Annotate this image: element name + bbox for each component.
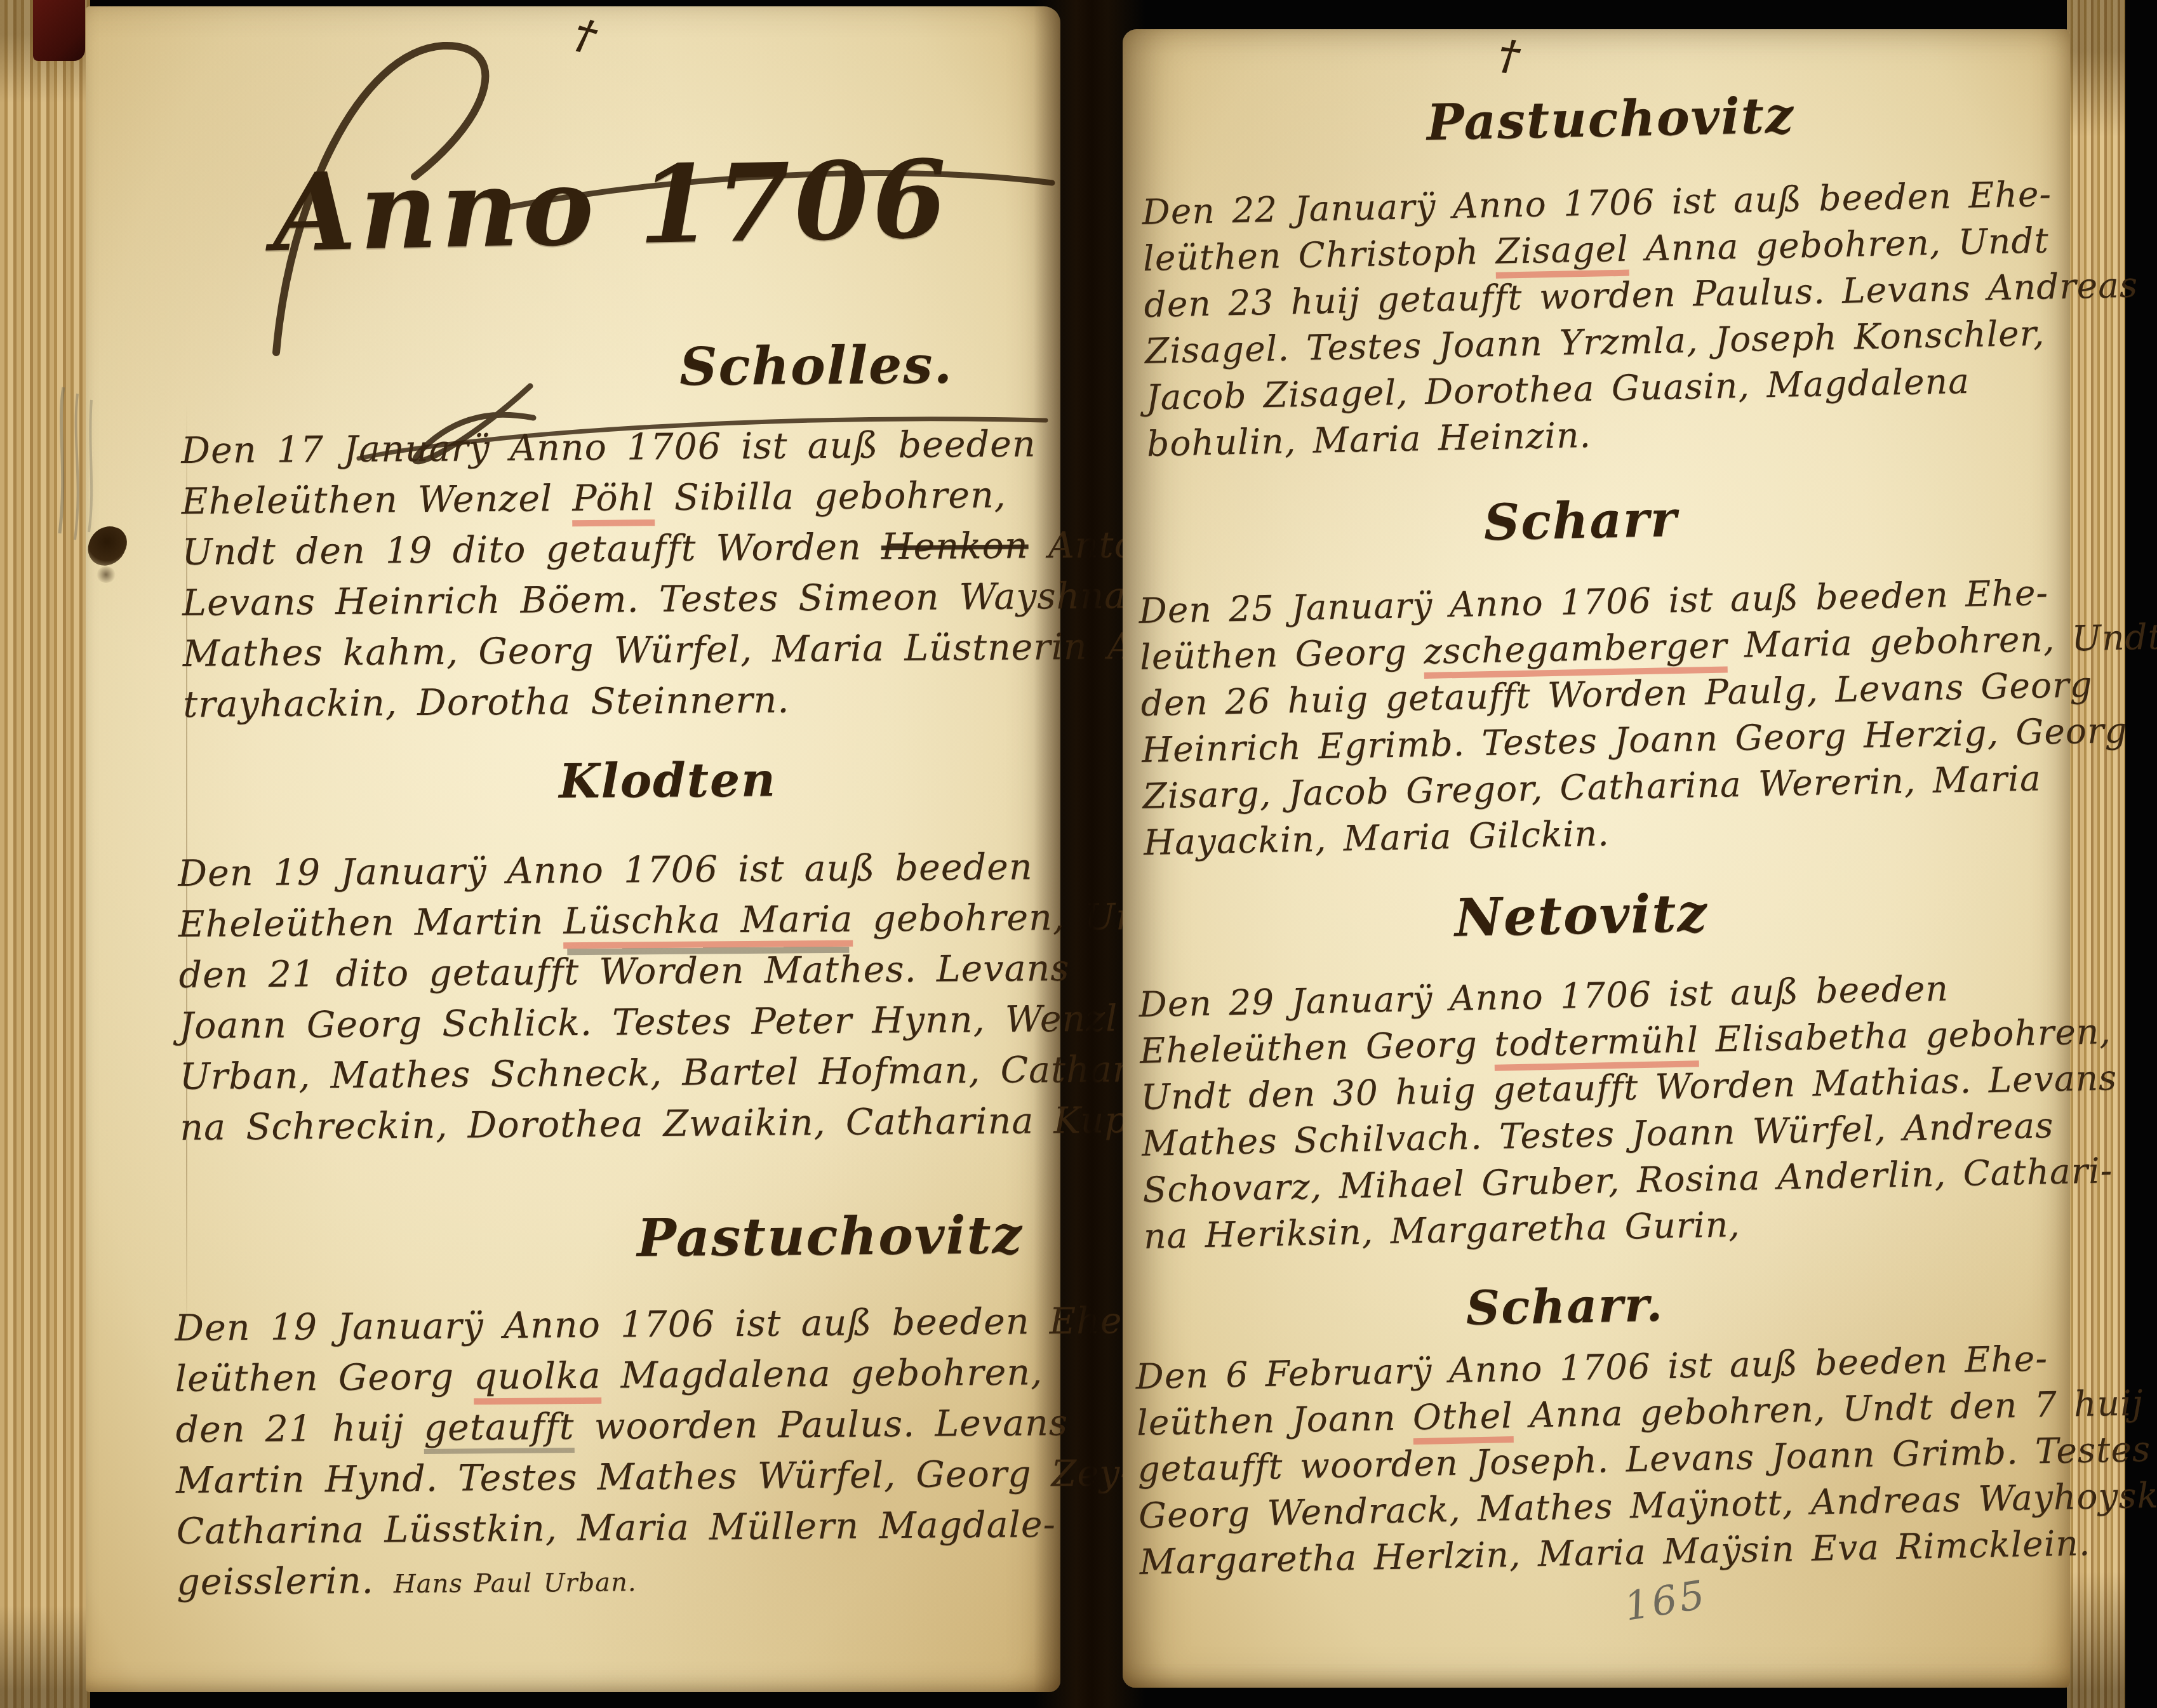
manuscript-text: Magdalena gebohren,	[601, 1351, 1043, 1396]
manuscript-text: Anna gebohren, Undt	[1628, 220, 2049, 269]
year-title: Anno 1706	[272, 136, 952, 276]
manuscript-text: Martin Hynd. Testes Mathes Würfel, Georg…	[176, 1452, 1133, 1502]
manuscript-text: Joann Georg Schlick. Testes Peter Hynn, …	[179, 997, 1118, 1047]
manuscript-line: Catharina Lüsstkin, Maria Müllern Magdal…	[177, 1499, 1053, 1557]
manuscript-line: geisslerin. Hans Paul Urban.	[177, 1550, 1053, 1611]
book-cover-corner	[33, 0, 85, 61]
manuscript-text: Levans Heinrich Böem. Testes Simeon Ways…	[182, 575, 1139, 624]
register-entry: Den 19 Januarÿ Anno 1706 ist auß beedenE…	[178, 841, 1053, 1153]
manuscript-text: bohulin, Maria Heinzin.	[1146, 415, 1591, 464]
ink-smudge	[97, 566, 116, 583]
section-heading: Scharr	[1483, 490, 1678, 552]
annotated-word: Othel	[1412, 1395, 1513, 1444]
manuscript-text: Eheleüthen Martin	[178, 900, 564, 945]
annotated-word: Henkon	[881, 525, 1029, 568]
manuscript-text: woorden Paulus. Levans	[574, 1402, 1068, 1448]
manuscript-line: na Schreckin, Dorothea Zwaikin, Catharin…	[180, 1095, 1053, 1153]
manuscript-text: Maria gebohren, Undt	[1727, 617, 2157, 666]
annotated-word: Hans Paul Urban.	[394, 1568, 637, 1599]
manuscript-line: leüthen Georg quolka Magdalena gebohren,	[175, 1347, 1052, 1404]
manuscript-text: leüthen Joann	[1137, 1397, 1413, 1443]
manuscript-line: Urban, Mathes Schneck, Bartel Hofman, Ca…	[180, 1044, 1053, 1102]
manuscript-text: Mathes kahm, Georg Würfel, Maria Lüstner…	[183, 625, 1172, 675]
register-entry: Den 17 Januarÿ Anno 1706 ist auß beedenE…	[181, 418, 1053, 730]
manuscript-text: Eheleüthen Wenzel	[182, 477, 573, 523]
manuscript-line: Eheleüthen Martin Lüschka Maria gebohren…	[178, 892, 1052, 950]
manuscript-text: na Schreckin, Dorothea Zwaikin, Catharin…	[180, 1099, 1174, 1149]
annotated-word: Lüschka Maria	[563, 898, 853, 949]
manuscript-text: Undt den 19 dito getaufft Worden	[182, 526, 881, 573]
register-entry: Den 22 Januarÿ Anno 1706 ist auß beeden …	[1142, 171, 2043, 467]
section-heading: Scholles.	[679, 335, 953, 397]
section-heading: Scharr.	[1466, 1278, 1664, 1336]
manuscript-text: Den 19 Januarÿ Anno 1706 ist auß beeden …	[175, 1300, 1135, 1349]
right-page: † Pastuchovitz Den 22 Januarÿ Anno 1706 …	[1123, 29, 2070, 1688]
manuscript-line: Mathes kahm, Georg Würfel, Maria Lüstner…	[183, 622, 1053, 679]
manuscript-text: Urban, Mathes Schneck, Bartel Hofman, Ca…	[180, 1048, 1156, 1098]
manuscript-text: Eheleüthen Georg	[1140, 1024, 1495, 1071]
manuscript-line: Den 19 Januarÿ Anno 1706 ist auß beeden …	[175, 1296, 1052, 1354]
manuscript-line: Undt den 19 dito getaufft Worden Henkon …	[182, 520, 1052, 578]
manuscript-line: Den 19 Januarÿ Anno 1706 ist auß beeden	[178, 841, 1052, 899]
annotated-word: Zisagel	[1495, 229, 1629, 279]
manuscript-line: den 21 huij getaufft woorden Paulus. Lev…	[175, 1398, 1052, 1455]
manuscript-line: Eheleüthen Wenzel Pöhl Sibilla gebohren,	[182, 469, 1052, 527]
manuscript-line: Den 17 Januarÿ Anno 1706 ist auß beeden	[181, 418, 1052, 476]
page-stack-left-edge	[0, 0, 90, 1708]
register-entry: Den 25 Januarÿ Anno 1706 ist auß beeden …	[1139, 570, 2043, 866]
manuscript-line: Martin Hynd. Testes Mathes Würfel, Georg…	[176, 1448, 1053, 1506]
manuscript-text: Den 17 Januarÿ Anno 1706 ist auß beeden	[181, 423, 1036, 472]
section-heading: Pastuchovitz	[637, 1204, 1023, 1269]
annotated-word: Pöhl	[572, 477, 655, 526]
manuscript-line: Levans Heinrich Böem. Testes Simeon Ways…	[182, 571, 1053, 629]
register-entry: Den 19 Januarÿ Anno 1706 ist auß beeden …	[175, 1296, 1053, 1611]
manuscript-book-scan: † Anno 1706 Scholles. Den 17 Januarÿ Ann…	[0, 0, 2157, 1708]
annotated-word: getaufft	[424, 1406, 574, 1454]
manuscript-text: Den 19 Januarÿ Anno 1706 ist auß beeden	[178, 846, 1033, 895]
manuscript-text: leüthen Georg	[175, 1356, 474, 1400]
manuscript-line: trayhackin, Dorotha Steinnern.	[183, 672, 1053, 730]
manuscript-text: leüthen Georg	[1140, 631, 1424, 677]
section-heading: Pastuchovitz	[1426, 86, 1795, 152]
manuscript-text: geisslerin.	[177, 1559, 394, 1603]
annotated-word: quolka	[474, 1355, 601, 1405]
manuscript-text: Catharina Lüsstkin, Maria Müllern Magdal…	[177, 1504, 1056, 1552]
section-heading: Klodten	[559, 752, 777, 809]
manuscript-text: trayhackin, Dorotha Steinnern.	[183, 679, 790, 725]
register-entry: Den 6 Februarÿ Anno 1706 ist auß beeden …	[1135, 1336, 2041, 1585]
manuscript-text: den 21 huij	[175, 1407, 424, 1451]
manuscript-text: na Heriksin, Margaretha Gurin,	[1143, 1204, 1740, 1257]
manuscript-line: den 21 dito getaufft Worden Mathes. Leva…	[178, 943, 1052, 1001]
manuscript-text: leüthen Christoph	[1143, 231, 1497, 279]
manuscript-line: Joann Georg Schlick. Testes Peter Hynn, …	[179, 994, 1053, 1051]
manuscript-text: Sibilla gebohren,	[654, 474, 1006, 519]
manuscript-text: Hayackin, Maria Gilckin.	[1143, 813, 1610, 863]
section-heading: Netovitz	[1454, 883, 1709, 949]
manuscript-text: den 21 dito getaufft Worden Mathes. Leva…	[178, 947, 1070, 996]
register-entry: Den 29 Januarÿ Anno 1706 ist auß beedenE…	[1139, 964, 2043, 1260]
manuscript-text: Elisabetha gebohren,	[1699, 1011, 2112, 1060]
left-page: † Anno 1706 Scholles. Den 17 Januarÿ Ann…	[86, 6, 1060, 1692]
